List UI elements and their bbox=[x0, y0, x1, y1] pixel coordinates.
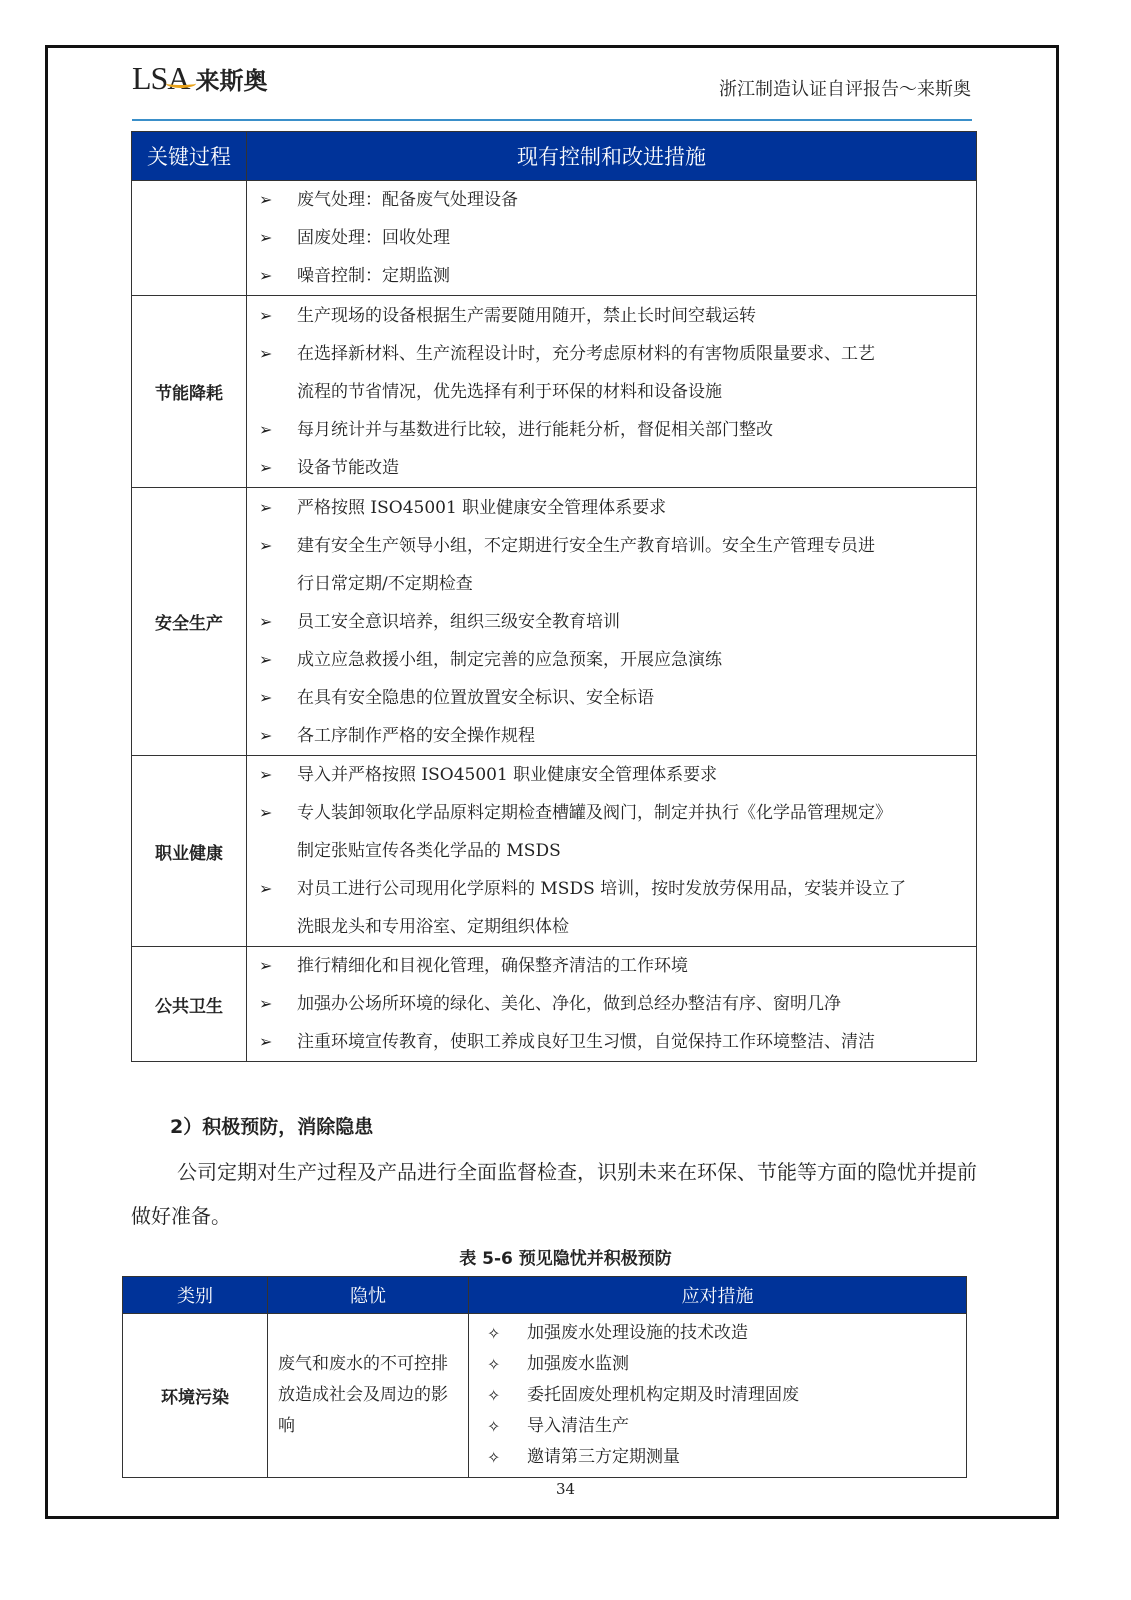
measures-cell: ➢生产现场的设备根据生产需要随用随开，禁止长时间空载运转➢在选择新材料、生产流程… bbox=[247, 296, 977, 488]
diamond-bullet-icon: ✧ bbox=[479, 1380, 527, 1411]
list-item-text: 废气处理：配备废气处理设备 bbox=[297, 181, 966, 219]
list-item: ➢员工安全意识培养，组织三级安全教育培训 bbox=[259, 603, 966, 641]
arrow-bullet-icon: ➢ bbox=[259, 870, 297, 908]
list-item: ➢对员工进行公司现用化学原料的 MSDS 培训，按时发放劳保用品，安装并设立了 bbox=[259, 870, 966, 908]
list-item: ➢建有安全生产领导小组，不定期进行安全生产教育培训。安全生产管理专员进 bbox=[259, 527, 966, 565]
section-heading: 2）积极预防，消除隐患 bbox=[170, 1112, 373, 1139]
measures-cell: ➢导入并严格按照 ISO45001 职业健康安全管理体系要求➢专人装卸领取化学品… bbox=[247, 756, 977, 947]
process-category: 安全生产 bbox=[132, 488, 247, 756]
list-item: ✧加强废水处理设施的技术改造 bbox=[479, 1318, 956, 1349]
table-header-row: 类别 隐忧 应对措施 bbox=[123, 1277, 967, 1314]
list-item-continuation: 制定张贴宣传各类化学品的 MSDS bbox=[259, 832, 966, 870]
list-item-text: 在选择新材料、生产流程设计时，充分考虑原材料的有害物质限量要求、工艺 bbox=[297, 335, 966, 373]
list-item-text: 邀请第三方定期测量 bbox=[527, 1442, 956, 1473]
arrow-bullet-icon: ➢ bbox=[259, 947, 297, 985]
list-item-text: 严格按照 ISO45001 职业健康安全管理体系要求 bbox=[297, 489, 966, 527]
list-item: ➢各工序制作严格的安全操作规程 bbox=[259, 717, 966, 755]
table-caption: 表 5-6 预见隐忧并积极预防 bbox=[0, 1244, 1131, 1269]
list-item: ➢噪音控制：定期监测 bbox=[259, 257, 966, 295]
list-item: ➢导入并严格按照 ISO45001 职业健康安全管理体系要求 bbox=[259, 756, 966, 794]
list-item: ➢推行精细化和目视化管理，确保整齐清洁的工作环境 bbox=[259, 947, 966, 985]
arrow-bullet-icon: ➢ bbox=[259, 297, 297, 335]
key-process-table: 关键过程 现有控制和改进措施 ➢废气处理：配备废气处理设备➢固废处理：回收处理➢… bbox=[131, 131, 977, 1062]
diamond-bullet-icon: ✧ bbox=[479, 1411, 527, 1442]
section-paragraph: 公司定期对生产过程及产品进行全面监督检查，识别未来在环保、节能等方面的隐忧并提前… bbox=[131, 1150, 977, 1238]
list-item-text: 加强办公场所环境的绿化、美化、净化，做到总经办整洁有序、窗明几净 bbox=[297, 985, 966, 1023]
list-item: ➢在具有安全隐患的位置放置安全标识、安全标语 bbox=[259, 679, 966, 717]
list-item-text: 在具有安全隐患的位置放置安全标识、安全标语 bbox=[297, 679, 966, 717]
arrow-bullet-icon: ➢ bbox=[259, 411, 297, 449]
list-item-text: 导入并严格按照 ISO45001 职业健康安全管理体系要求 bbox=[297, 756, 966, 794]
arrow-bullet-icon: ➢ bbox=[259, 489, 297, 527]
process-category: 节能降耗 bbox=[132, 296, 247, 488]
logo-cn-text: 来斯奥 bbox=[195, 61, 267, 96]
measures-cell: ➢推行精细化和目视化管理，确保整齐清洁的工作环境➢加强办公场所环境的绿化、美化、… bbox=[247, 947, 977, 1062]
arrow-bullet-icon: ➢ bbox=[259, 527, 297, 565]
column-header-category: 类别 bbox=[123, 1277, 268, 1314]
list-item: ➢每月统计并与基数进行比较，进行能耗分析，督促相关部门整改 bbox=[259, 411, 966, 449]
countermeasures-cell: ✧加强废水处理设施的技术改造✧加强废水监测✧委托固废处理机构定期及时清理固废✧导… bbox=[469, 1314, 967, 1478]
risk-category: 环境污染 bbox=[123, 1314, 268, 1478]
report-title: 浙江制造认证自评报告～来斯奥 bbox=[719, 75, 971, 101]
list-item-text: 成立应急救援小组，制定完善的应急预案，开展应急演练 bbox=[297, 641, 966, 679]
table-row: 环境污染废气和废水的不可控排放造成社会及周边的影响✧加强废水处理设施的技术改造✧… bbox=[123, 1314, 967, 1478]
list-item-continuation: 行日常定期/不定期检查 bbox=[259, 565, 966, 603]
arrow-bullet-icon: ➢ bbox=[259, 985, 297, 1023]
list-item: ✧导入清洁生产 bbox=[479, 1411, 956, 1442]
list-item-text: 专人装卸领取化学品原料定期检查槽罐及阀门，制定并执行《化学品管理规定》 bbox=[297, 794, 966, 832]
company-logo: LSA 来斯奥 bbox=[132, 60, 267, 97]
table-row: 节能降耗➢生产现场的设备根据生产需要随用随开，禁止长时间空载运转➢在选择新材料、… bbox=[132, 296, 977, 488]
column-header-measures: 现有控制和改进措施 bbox=[247, 132, 977, 181]
list-item: ✧邀请第三方定期测量 bbox=[479, 1442, 956, 1473]
list-item-text: 生产现场的设备根据生产需要随用随开，禁止长时间空载运转 bbox=[297, 297, 966, 335]
table-row: ➢废气处理：配备废气处理设备➢固废处理：回收处理➢噪音控制：定期监测 bbox=[132, 181, 977, 296]
list-item-text: 加强废水监测 bbox=[527, 1349, 956, 1380]
risk-prevention-table-body: 环境污染废气和废水的不可控排放造成社会及周边的影响✧加强废水处理设施的技术改造✧… bbox=[123, 1314, 967, 1478]
list-item: ➢固废处理：回收处理 bbox=[259, 219, 966, 257]
list-item-text: 委托固废处理机构定期及时清理固废 bbox=[527, 1380, 956, 1411]
diamond-bullet-icon: ✧ bbox=[479, 1442, 527, 1473]
list-item: ➢注重环境宣传教育，使职工养成良好卫生习惯，自觉保持工作环境整洁、清洁 bbox=[259, 1023, 966, 1061]
list-item-text: 固废处理：回收处理 bbox=[297, 219, 966, 257]
list-item-text: 对员工进行公司现用化学原料的 MSDS 培训，按时发放劳保用品，安装并设立了 bbox=[297, 870, 966, 908]
arrow-bullet-icon: ➢ bbox=[259, 641, 297, 679]
list-item-continuation: 流程的节省情况，优先选择有利于环保的材料和设备设施 bbox=[259, 373, 966, 411]
list-item: ➢生产现场的设备根据生产需要随用随开，禁止长时间空载运转 bbox=[259, 297, 966, 335]
list-item-text: 推行精细化和目视化管理，确保整齐清洁的工作环境 bbox=[297, 947, 966, 985]
diamond-bullet-icon: ✧ bbox=[479, 1318, 527, 1349]
list-item-text: 注重环境宣传教育，使职工养成良好卫生习惯，自觉保持工作环境整洁、清洁 bbox=[297, 1023, 966, 1061]
header-divider bbox=[132, 119, 972, 121]
list-item: ✧委托固废处理机构定期及时清理固废 bbox=[479, 1380, 956, 1411]
list-item-text: 每月统计并与基数进行比较，进行能耗分析，督促相关部门整改 bbox=[297, 411, 966, 449]
column-header-key-process: 关键过程 bbox=[132, 132, 247, 181]
arrow-bullet-icon: ➢ bbox=[259, 794, 297, 832]
list-item: ✧加强废水监测 bbox=[479, 1349, 956, 1380]
arrow-bullet-icon: ➢ bbox=[259, 449, 297, 487]
arrow-bullet-icon: ➢ bbox=[259, 181, 297, 219]
arrow-bullet-icon: ➢ bbox=[259, 1023, 297, 1061]
page-number: 34 bbox=[0, 1480, 1131, 1498]
measures-cell: ➢严格按照 ISO45001 职业健康安全管理体系要求➢建有安全生产领导小组，不… bbox=[247, 488, 977, 756]
arrow-bullet-icon: ➢ bbox=[259, 717, 297, 755]
list-item: ➢加强办公场所环境的绿化、美化、净化，做到总经办整洁有序、窗明几净 bbox=[259, 985, 966, 1023]
risk-description: 废气和废水的不可控排放造成社会及周边的影响 bbox=[268, 1314, 469, 1478]
arrow-bullet-icon: ➢ bbox=[259, 219, 297, 257]
list-item: ➢废气处理：配备废气处理设备 bbox=[259, 181, 966, 219]
list-item-continuation: 洗眼龙头和专用浴室、定期组织体检 bbox=[259, 908, 966, 946]
arrow-bullet-icon: ➢ bbox=[259, 679, 297, 717]
diamond-bullet-icon: ✧ bbox=[479, 1349, 527, 1380]
table-row: 职业健康➢导入并严格按照 ISO45001 职业健康安全管理体系要求➢专人装卸领… bbox=[132, 756, 977, 947]
list-item-text: 各工序制作严格的安全操作规程 bbox=[297, 717, 966, 755]
list-item-text: 员工安全意识培养，组织三级安全教育培训 bbox=[297, 603, 966, 641]
list-item-text: 加强废水处理设施的技术改造 bbox=[527, 1318, 956, 1349]
arrow-bullet-icon: ➢ bbox=[259, 756, 297, 794]
key-process-table-body: ➢废气处理：配备废气处理设备➢固废处理：回收处理➢噪音控制：定期监测节能降耗➢生… bbox=[132, 181, 977, 1062]
column-header-risk: 隐忧 bbox=[268, 1277, 469, 1314]
list-item-text: 设备节能改造 bbox=[297, 449, 966, 487]
process-category: 职业健康 bbox=[132, 756, 247, 947]
list-item: ➢专人装卸领取化学品原料定期检查槽罐及阀门，制定并执行《化学品管理规定》 bbox=[259, 794, 966, 832]
table-header-row: 关键过程 现有控制和改进措施 bbox=[132, 132, 977, 181]
column-header-countermeasures: 应对措施 bbox=[469, 1277, 967, 1314]
process-category bbox=[132, 181, 247, 296]
arrow-bullet-icon: ➢ bbox=[259, 335, 297, 373]
process-category: 公共卫生 bbox=[132, 947, 247, 1062]
table-row: 公共卫生➢推行精细化和目视化管理，确保整齐清洁的工作环境➢加强办公场所环境的绿化… bbox=[132, 947, 977, 1062]
table-row: 安全生产➢严格按照 ISO45001 职业健康安全管理体系要求➢建有安全生产领导… bbox=[132, 488, 977, 756]
list-item-text: 建有安全生产领导小组，不定期进行安全生产教育培训。安全生产管理专员进 bbox=[297, 527, 966, 565]
list-item: ➢在选择新材料、生产流程设计时，充分考虑原材料的有害物质限量要求、工艺 bbox=[259, 335, 966, 373]
logo-lsa-text: LSA bbox=[132, 60, 189, 97]
list-item: ➢严格按照 ISO45001 职业健康安全管理体系要求 bbox=[259, 489, 966, 527]
arrow-bullet-icon: ➢ bbox=[259, 603, 297, 641]
arrow-bullet-icon: ➢ bbox=[259, 257, 297, 295]
list-item-text: 导入清洁生产 bbox=[527, 1411, 956, 1442]
list-item-text: 噪音控制：定期监测 bbox=[297, 257, 966, 295]
list-item: ➢成立应急救援小组，制定完善的应急预案，开展应急演练 bbox=[259, 641, 966, 679]
risk-prevention-table: 类别 隐忧 应对措施 环境污染废气和废水的不可控排放造成社会及周边的影响✧加强废… bbox=[122, 1276, 967, 1478]
logo-swoosh-icon bbox=[166, 79, 196, 88]
list-item: ➢设备节能改造 bbox=[259, 449, 966, 487]
measures-cell: ➢废气处理：配备废气处理设备➢固废处理：回收处理➢噪音控制：定期监测 bbox=[247, 181, 977, 296]
